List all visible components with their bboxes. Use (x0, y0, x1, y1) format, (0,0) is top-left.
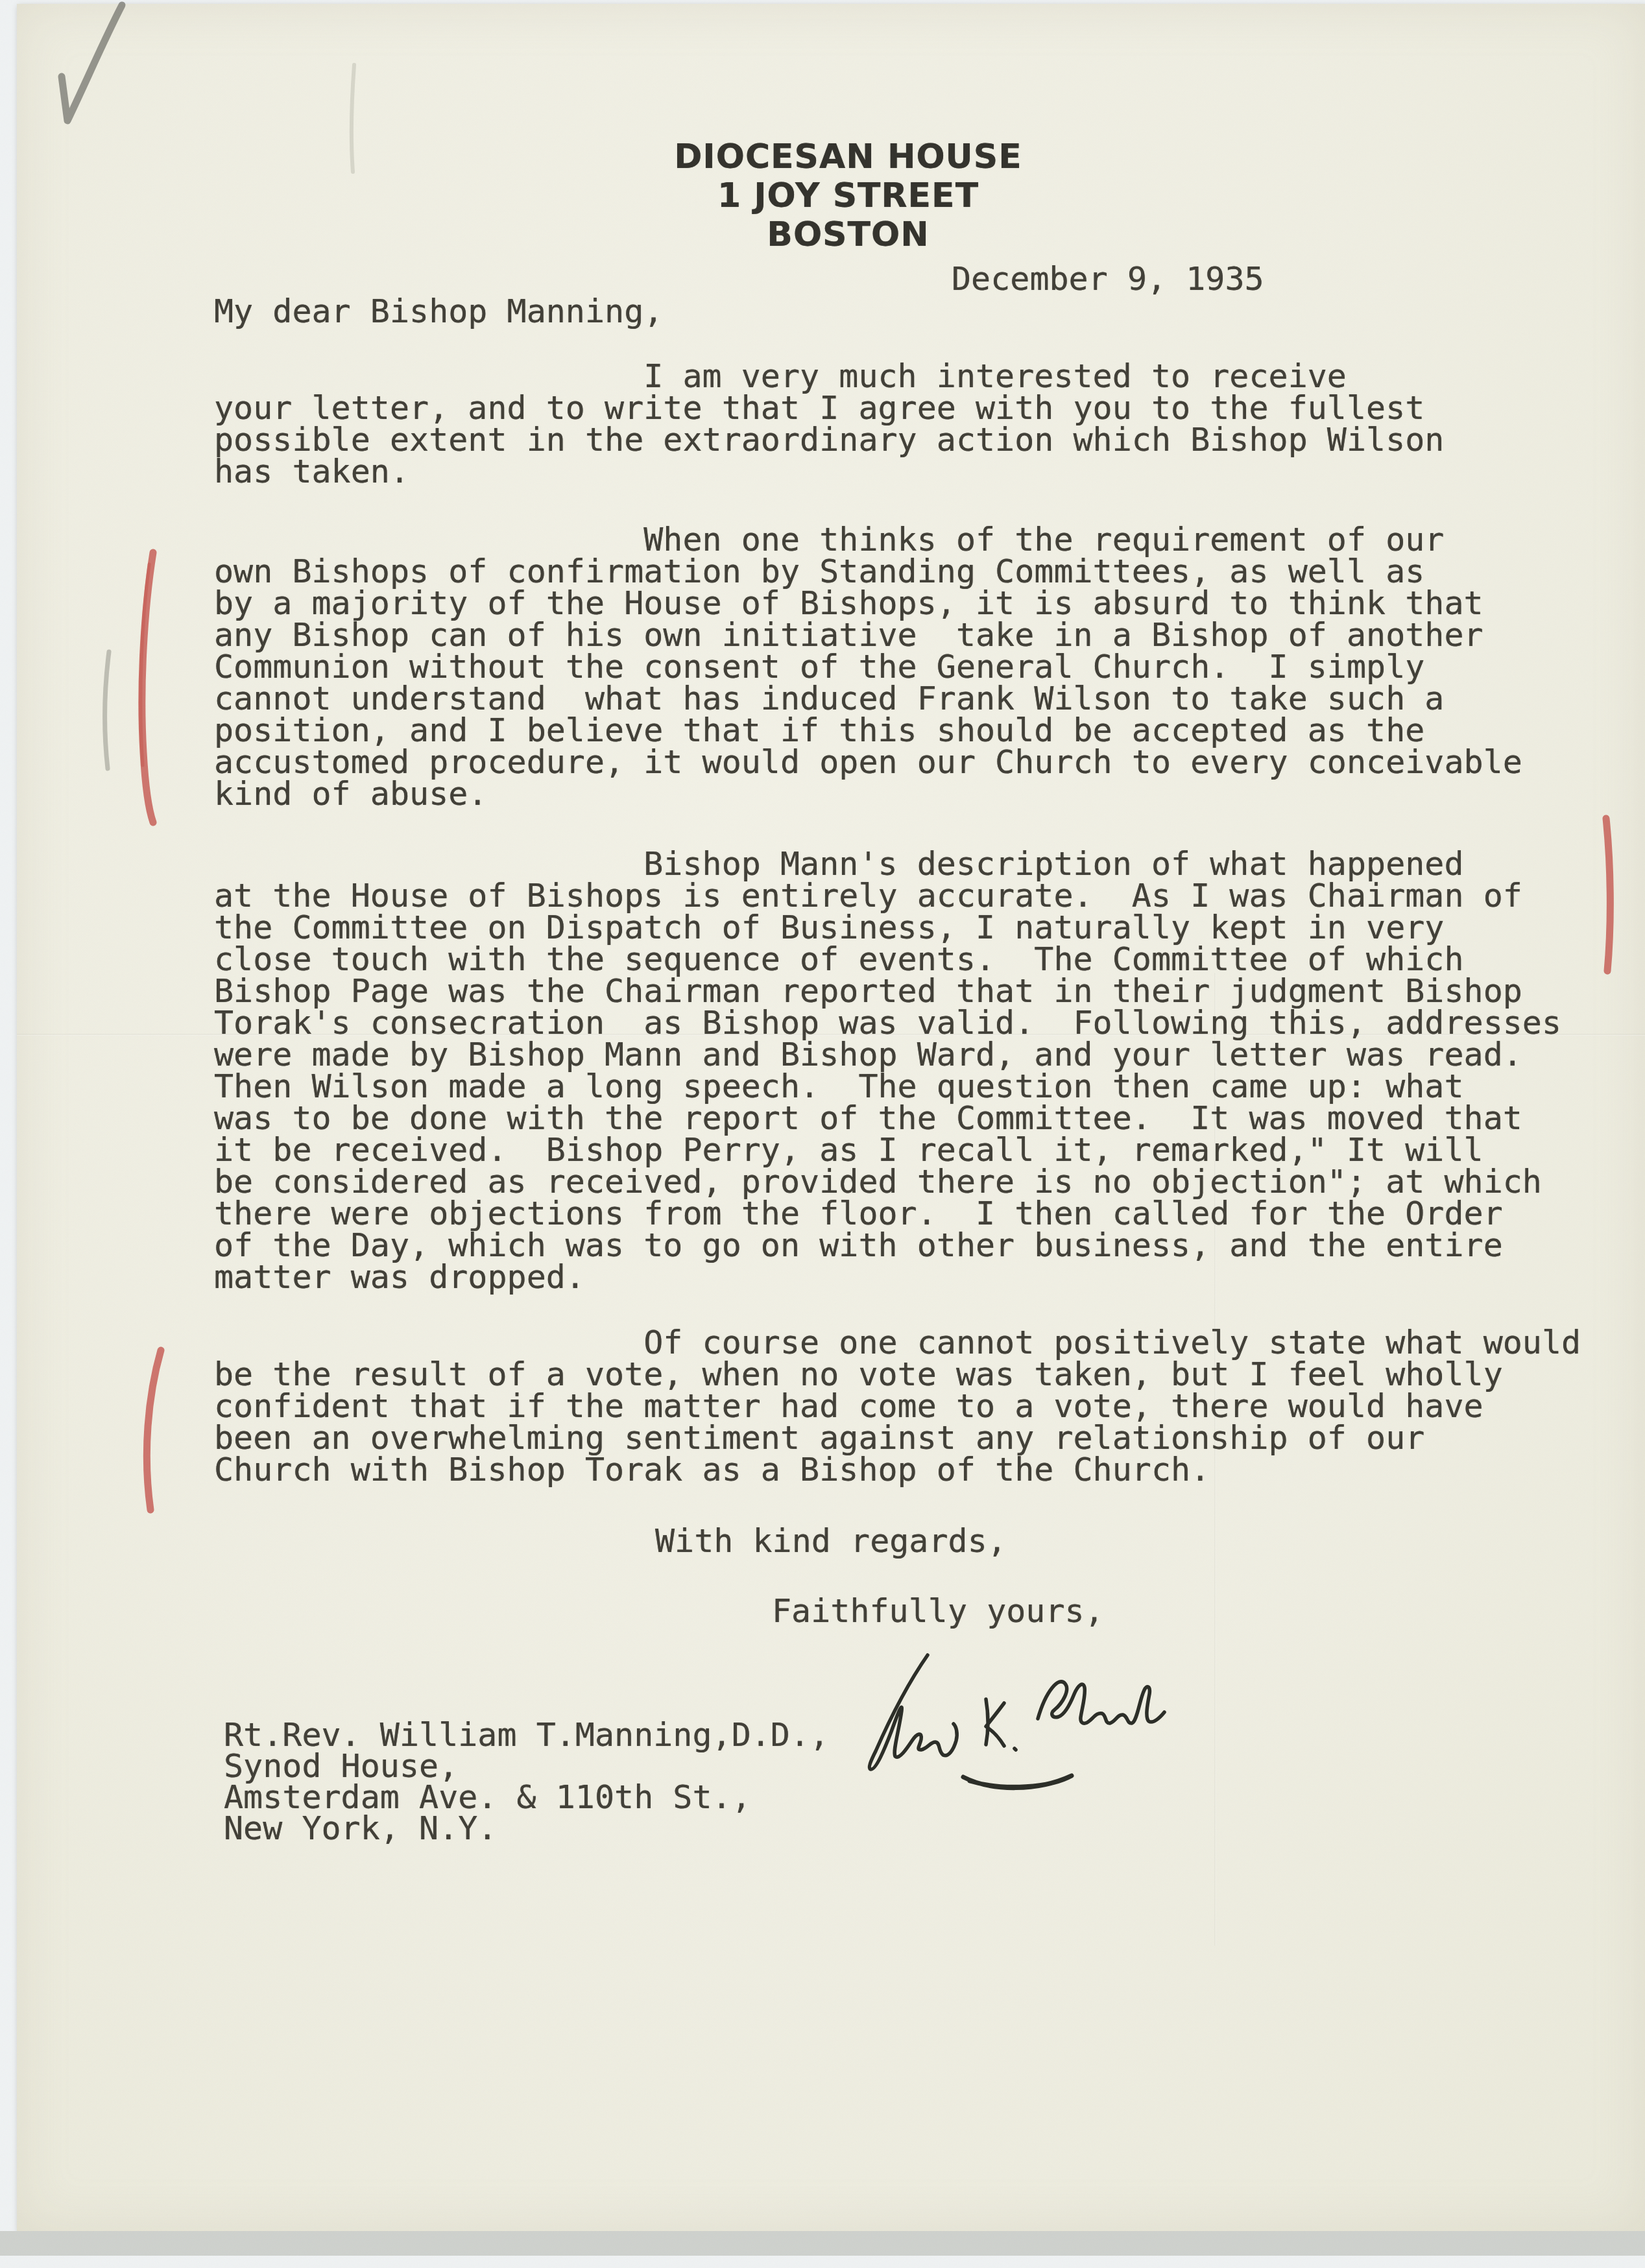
body-paragraph-3: Bishop Mann's description of what happen… (214, 848, 1561, 1293)
scanner-background-band (0, 2231, 1645, 2256)
scanned-letter-page: DIOCESAN HOUSE 1 JOY STREET BOSTON Decem… (0, 0, 1645, 2268)
letterhead: DIOCESAN HOUSE 1 JOY STREET BOSTON (671, 137, 1025, 254)
body-paragraph-4: Of course one cannot positively state wh… (214, 1327, 1581, 1486)
body-paragraph-1: I am very much interested to receive you… (214, 361, 1444, 488)
letterhead-line3: BOSTON (671, 215, 1025, 254)
letterhead-line1: DIOCESAN HOUSE (671, 137, 1025, 176)
salutation: My dear Bishop Manning, (214, 296, 663, 328)
letter-date: December 9, 1935 (952, 263, 1264, 295)
closing-regards: With kind regards, (655, 1525, 1007, 1557)
recipient-address-block: Rt.Rev. William T.Manning,D.D., Synod Ho… (224, 1719, 829, 1844)
body-paragraph-2: When one thinks of the requirement of ou… (214, 524, 1522, 810)
letterhead-line2: 1 JOY STREET (671, 176, 1025, 215)
closing-valediction: Faithfully yours, (772, 1595, 1104, 1627)
